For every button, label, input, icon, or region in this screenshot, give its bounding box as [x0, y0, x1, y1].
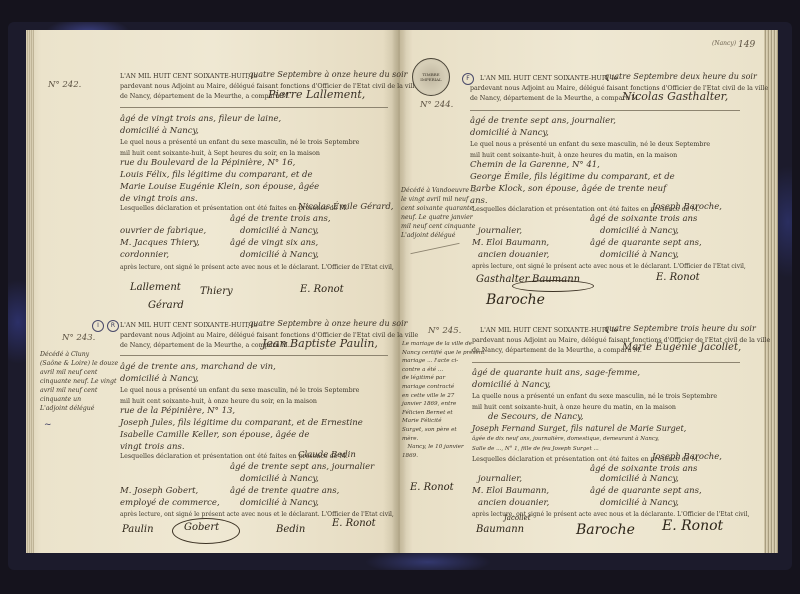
address: rue de la Pépinière, N° 13,: [120, 406, 235, 416]
folio-note: (Nancy): [712, 40, 736, 47]
handwritten-date: quatre Septembre à onze heure du soir: [248, 319, 408, 328]
rule: [472, 362, 740, 363]
witness2-domicile: domicilié à Nancy,: [600, 498, 679, 508]
witness2-domicile: domicilié à Nancy,: [240, 498, 319, 508]
margin-mark: R: [107, 320, 119, 332]
address: de Secours, de Nancy,: [488, 412, 584, 422]
imperial-stamp: TIMBRE IMPERIAL: [412, 58, 450, 96]
signature: Baroche: [576, 522, 635, 538]
witness1-age: âgé de trente trois ans,: [230, 214, 331, 224]
printed-line: de Nancy, département de la Meurthe, a c…: [472, 346, 642, 357]
witness1-name: Joseph Baroche,: [652, 202, 722, 212]
margin-annotation: Décédé à Vandoeuvre ... le vingt avril m…: [401, 186, 477, 240]
signature: Jacollet: [504, 514, 531, 522]
witness1-occupation: journalier,: [478, 474, 522, 484]
witness2-name: M. Eloi Baumann,: [472, 238, 549, 248]
signature: Lallement: [130, 282, 181, 293]
printed-line: de Nancy, département de la Meurthe, a c…: [470, 94, 640, 105]
rule: [120, 107, 388, 108]
declarant-name: Marie Eugénie Jacollet,: [622, 342, 741, 353]
witness1-occupation: ouvrier de fabrique,: [120, 226, 206, 236]
signature-officer: E. Ronot: [656, 272, 700, 283]
handwritten-date: quatre Septembre trois heure du soir: [604, 324, 756, 333]
mother-age: vingt trois ans.: [120, 442, 185, 452]
witness1-name: Claude Bedin: [298, 450, 356, 460]
book-gutter: [392, 30, 406, 553]
rule: [470, 110, 740, 111]
signature: Gobert: [184, 522, 219, 533]
age-line: âgé de trente ans, marchand de vin,: [120, 362, 276, 372]
domicile-line: domicilié à Nancy,: [120, 374, 199, 384]
address: Chemin de la Garenne, N° 41,: [470, 160, 600, 170]
mother-line: Isabelle Camille Keller, son épouse, âgé…: [120, 430, 309, 440]
age-line: âgé de trente sept ans, journalier,: [470, 116, 616, 126]
witness2-name: M. Jacques Thiery,: [120, 238, 200, 248]
witness2-name: M. Eloi Baumann,: [472, 486, 549, 496]
signature: Bedin: [276, 524, 305, 535]
declarant-name: Pierre Lallement,: [268, 88, 365, 101]
signature: Baumann: [476, 524, 524, 535]
child-line: Le quel nous a présenté un enfant du sex…: [120, 138, 359, 149]
domicile-line: domicilié à Nancy,: [120, 126, 199, 136]
witness2-occupation: employé de commerce,: [120, 498, 220, 508]
signature-officer: E. Ronot: [300, 284, 344, 295]
witness2-age: âgé de trente quatre ans,: [230, 486, 339, 496]
stamp-label: TIMBRE IMPERIAL: [413, 72, 449, 82]
margin-annotation: Décédé à Cluny (Saône & Loire) le douze …: [40, 350, 118, 413]
closing-line: après lecture, ont signé le présent acte…: [120, 263, 394, 274]
child-named: Joseph Fernand Surget, fils naturel de M…: [472, 424, 686, 433]
witness2-domicile: domicilié à Nancy,: [600, 250, 679, 260]
child-named: Louis Félix, fils légitime du comparant,…: [120, 170, 313, 180]
age-line: âgé de vingt trois ans, fileur de laine,: [120, 114, 281, 124]
witness2-occupation: ancien douanier,: [478, 250, 549, 260]
printed-line: de Nancy, département de la Meurthe, a c…: [120, 92, 290, 103]
signature: Paulin: [122, 524, 154, 535]
entry-number: N° 242.: [48, 80, 81, 90]
witness2-domicile: domicilié à Nancy,: [240, 250, 319, 260]
signature-officer: E. Ronot: [662, 518, 723, 534]
witness1-domicile: domicilié à Nancy,: [600, 474, 679, 484]
witness1-domicile: domicilié à Nancy,: [240, 474, 319, 484]
declarant-name: Jean Baptiste Paulin,: [262, 337, 378, 350]
witness2-name: M. Joseph Gobert,: [120, 486, 198, 496]
witness1-age: âgé de soixante trois ans: [590, 214, 697, 224]
mother-age: de vingt trois ans.: [120, 194, 198, 204]
mother-age: Salle de ..., N° 1, fille de feu Joseph …: [472, 446, 599, 452]
mother-line: âgée de dix neuf ans, journalière, domes…: [472, 436, 659, 442]
signature: Thiery: [200, 286, 233, 297]
domicile-line: domicilié à Nancy,: [470, 128, 549, 138]
mother-line: Marie Louise Eugénie Klein, son épouse, …: [120, 182, 319, 192]
witness2-occupation: ancien douanier,: [478, 498, 549, 508]
margin-signature: E. Ronot: [410, 482, 454, 493]
printed-line: L'AN MIL HUIT CENT SOIXANTE-HUIT, le: [480, 326, 617, 337]
signature-flourish: [512, 280, 594, 292]
margin-mark: I: [92, 320, 104, 332]
domicile-line: domicilié à Nancy,: [472, 380, 551, 390]
witness1-name: Nicolas Émile Gérard,: [298, 202, 393, 212]
handwritten-date: quatre Septembre deux heure du soir: [604, 72, 757, 81]
child-line: La quelle nous a présenté un enfant du s…: [472, 392, 717, 403]
witness1-occupation: journalier,: [478, 226, 522, 236]
printed-line: L'AN MIL HUIT CENT SOIXANTE-HUIT, le: [120, 321, 257, 332]
mother-line: Barbe Klock, son épouse, âgée de trente …: [470, 184, 666, 194]
declarant-name: Nicolas Gasthalter,: [622, 90, 728, 103]
handwritten-date: quatre Septembre à onze heure du soir: [248, 70, 408, 79]
signature: Baroche: [486, 292, 545, 308]
entry-number: N° 245.: [428, 326, 461, 336]
child-line: Le quel nous a présenté un enfant du sex…: [470, 140, 710, 151]
signature-officer: E. Ronot: [332, 518, 376, 529]
witness1-name: Joseph Baroche,: [652, 452, 722, 462]
witness2-age: âgé de vingt six ans,: [230, 238, 318, 248]
age-line: âgé de quarante huit ans, sage-femme,: [472, 368, 640, 378]
witness1-domicile: domicilié à Nancy,: [600, 226, 679, 236]
printed-line: L'AN MIL HUIT CENT SOIXANTE-HUIT, le: [480, 74, 617, 85]
entry-number: N° 243.: [62, 333, 95, 343]
right-page-edges: [764, 30, 778, 553]
child-named: George Émile, fils légitime du comparant…: [470, 172, 675, 182]
left-page-edges: [26, 30, 34, 553]
closing-line: après lecture, ont signé le présent acte…: [472, 262, 746, 273]
child-line: Le quel nous a présenté un enfant du sex…: [120, 386, 359, 397]
address: rue du Boulevard de la Pépinière, N° 16,: [120, 158, 295, 168]
witness2-age: âgé de quarante sept ans,: [590, 238, 702, 248]
witness2-occupation: cordonnier,: [120, 250, 169, 260]
witness2-age: âgé de quarante sept ans,: [590, 486, 702, 496]
witness1-age: âgé de trente sept ans, journalier: [230, 462, 374, 472]
signature: Gérard: [148, 300, 184, 311]
rule: [120, 355, 388, 356]
entry-number: N° 244.: [420, 100, 453, 110]
witness1-age: âgé de soixante trois ans: [590, 464, 697, 474]
printed-line: L'AN MIL HUIT CENT SOIXANTE-HUIT, le: [120, 72, 257, 83]
child-named: Joseph Jules, fils légitime du comparant…: [120, 418, 363, 428]
folio-number: 149: [738, 40, 755, 50]
margin-signature: ~: [44, 420, 52, 430]
witness1-domicile: domicilié à Nancy,: [240, 226, 319, 236]
